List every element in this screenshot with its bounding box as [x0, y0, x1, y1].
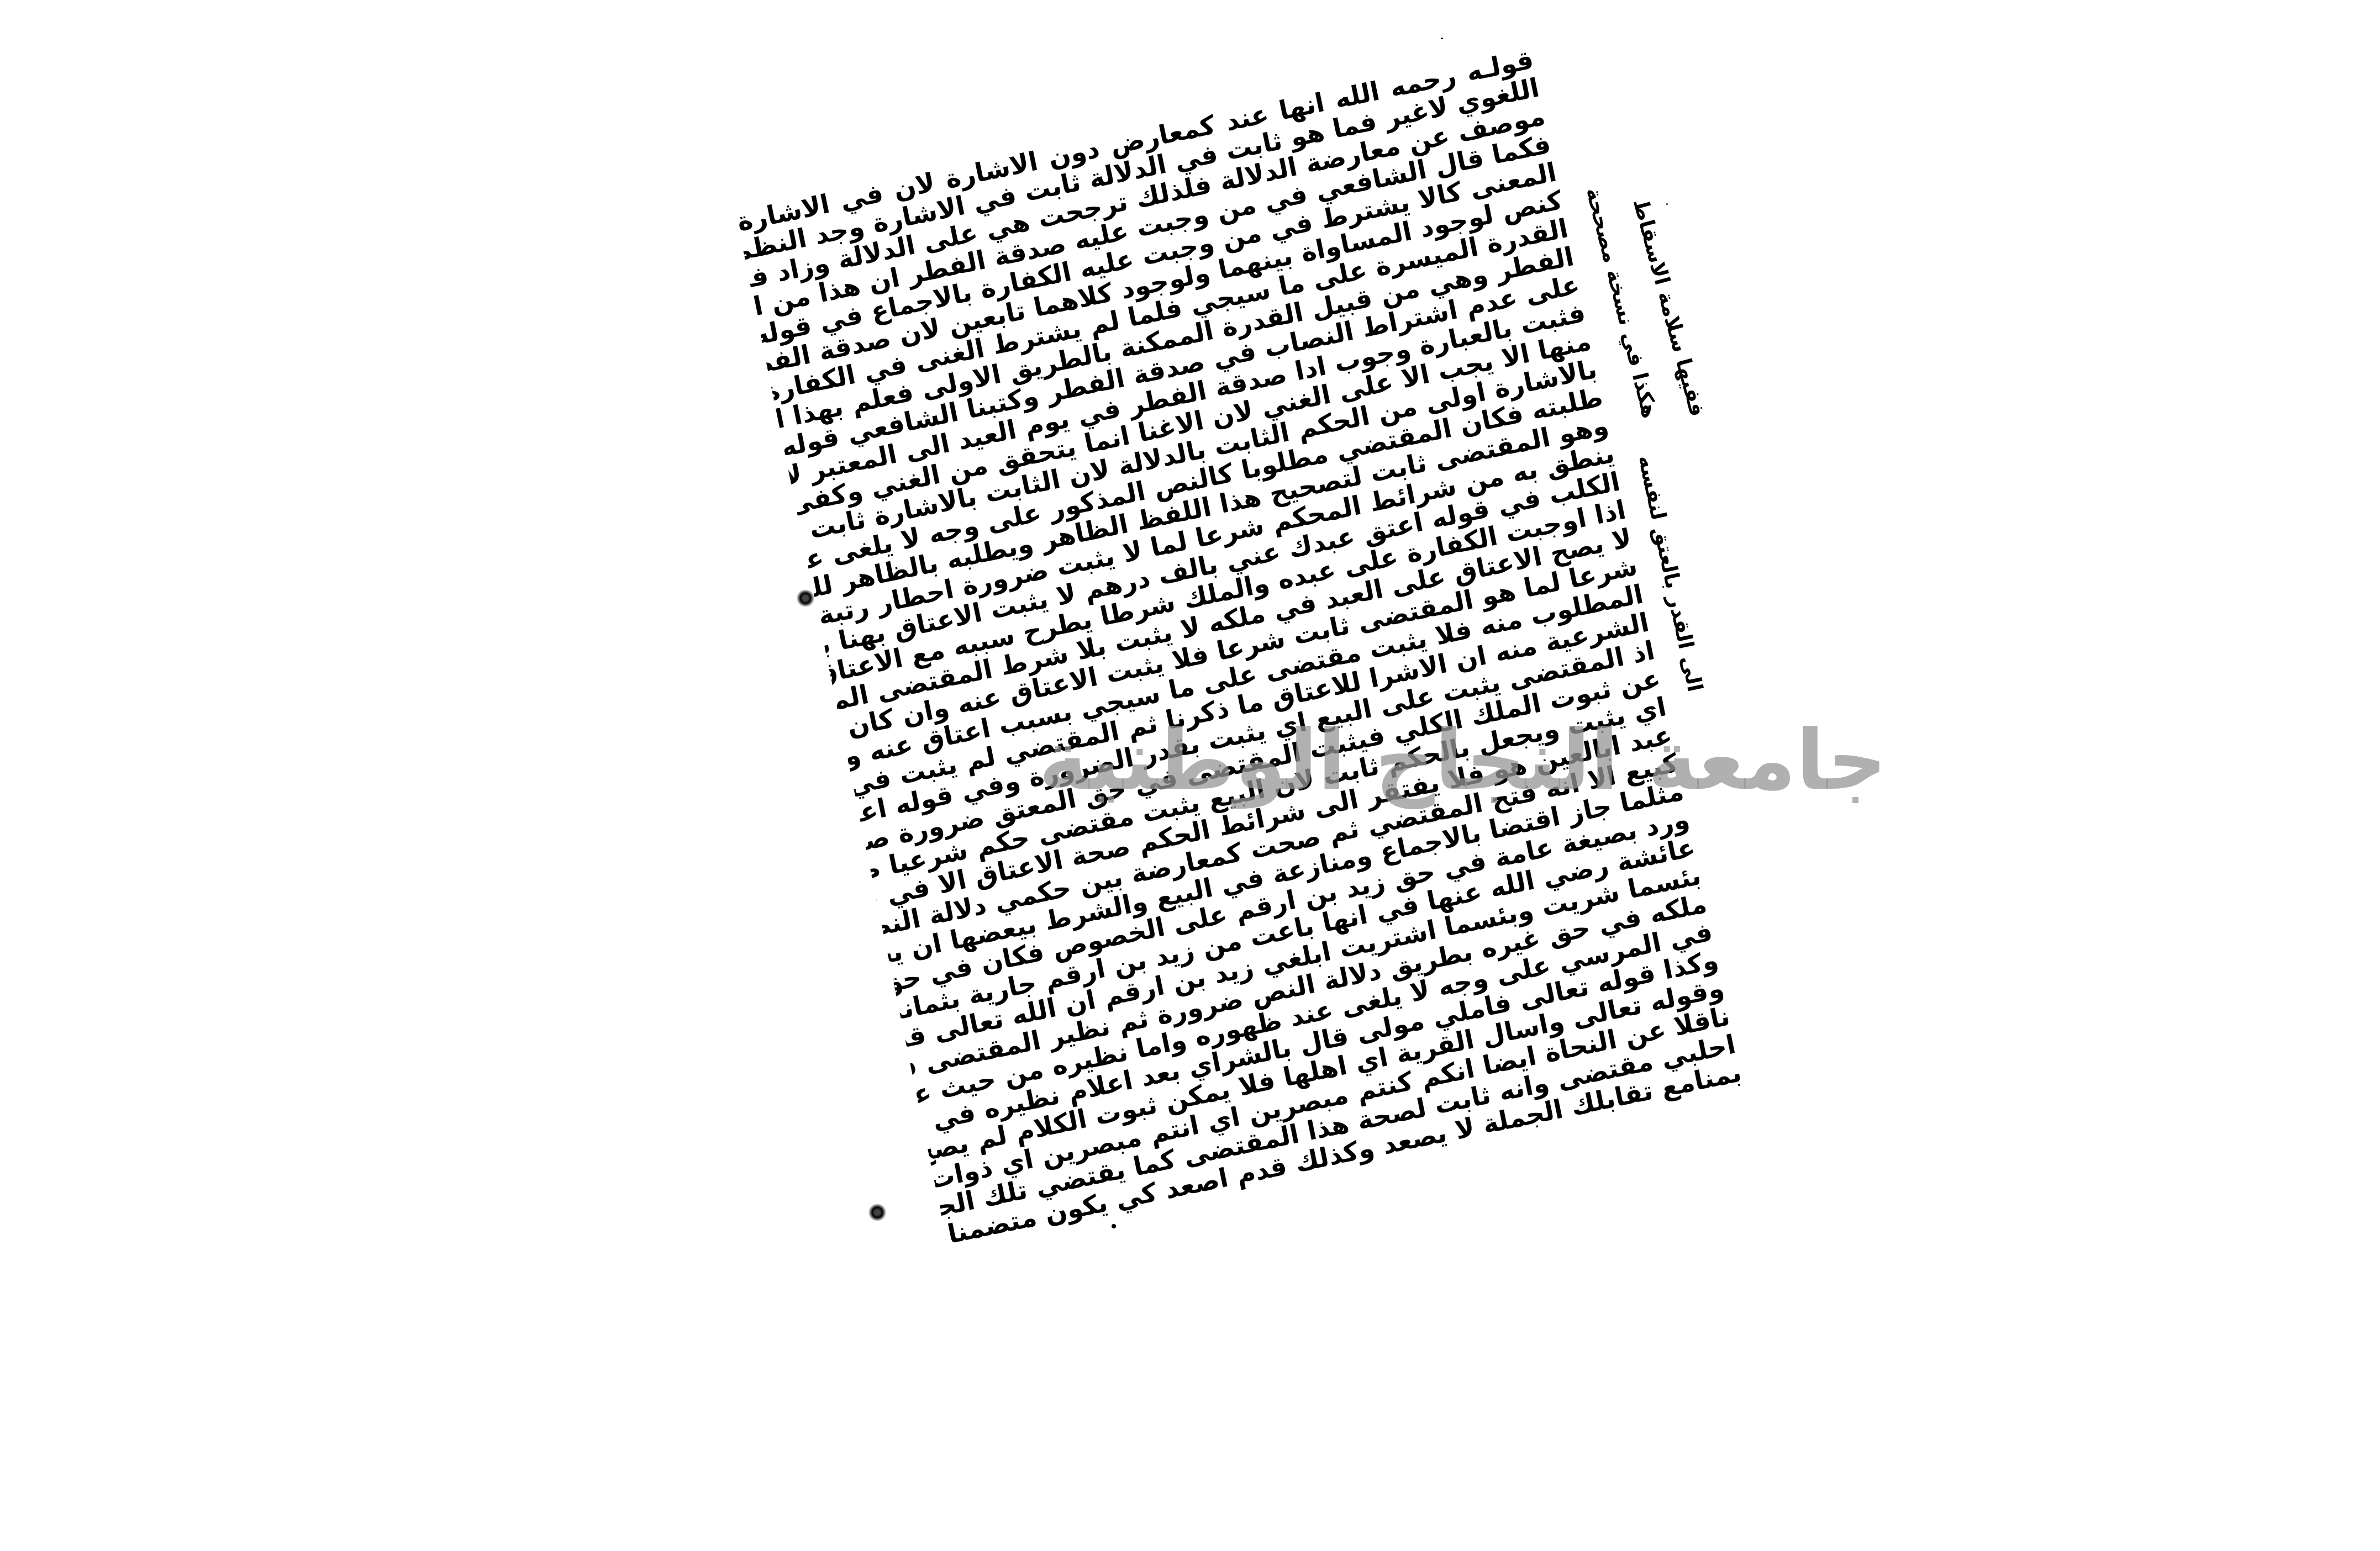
ink-blot — [867, 1204, 887, 1221]
scan-speck — [1441, 38, 1443, 39]
scan-speck — [1112, 1224, 1116, 1228]
scan-canvas: قولـه رحمه الله انها عند كمعارض دون الاش… — [0, 0, 2380, 1551]
scan-speck — [1666, 203, 1668, 205]
ink-blot — [796, 590, 815, 606]
